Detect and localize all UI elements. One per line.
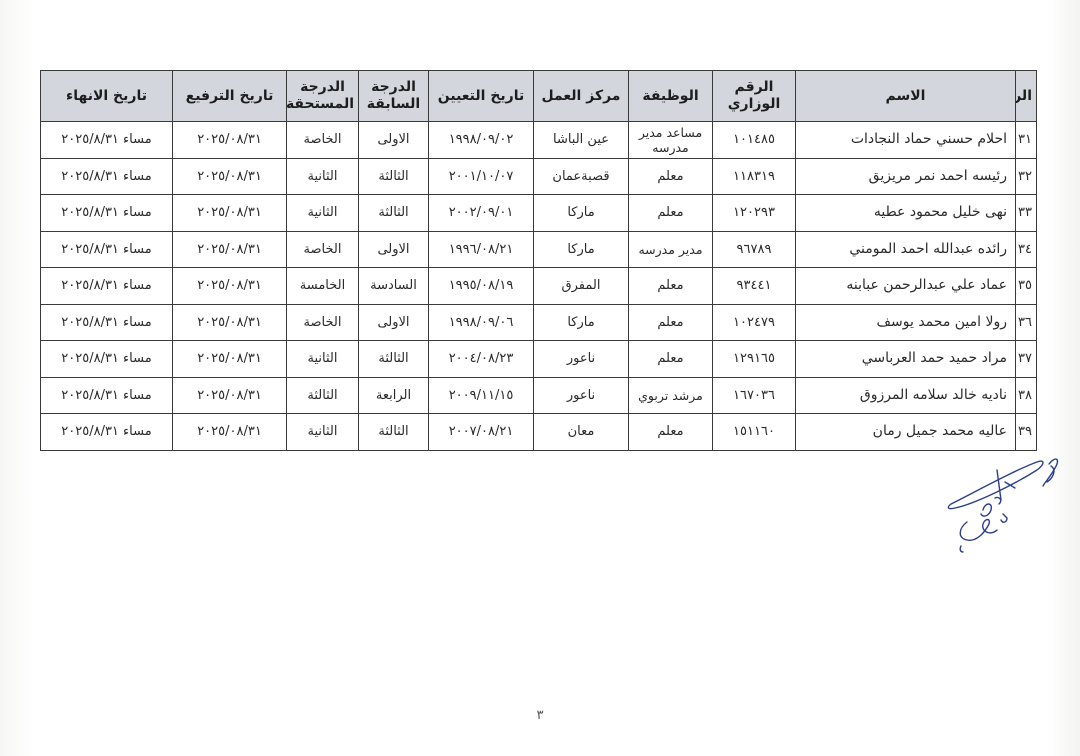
table-row: ٣٩ عاليه محمد جميل رمان ١٥١١٦٠ معلم معان…	[41, 414, 1037, 451]
cell-due-grade: الثالثة	[287, 377, 359, 414]
cell-workplace: ناعور	[534, 377, 629, 414]
header-name: الاسم	[796, 71, 1016, 122]
cell-end-date: مساء ٢٠٢٥/٨/٣١	[41, 304, 173, 341]
cell-due-grade: الخاصة	[287, 122, 359, 159]
cell-due-grade: الخاصة	[287, 304, 359, 341]
cell-workplace: ناعور	[534, 341, 629, 378]
cell-appointment-date: ٢٠٠٤/٠٨/٢٣	[429, 341, 534, 378]
cell-job: معلم	[629, 414, 713, 451]
cell-name: عماد علي عبدالرحمن عبابنه	[796, 268, 1016, 305]
cell-end-date: مساء ٢٠٢٥/٨/٣١	[41, 231, 173, 268]
cell-end-date: مساء ٢٠٢٥/٨/٣١	[41, 341, 173, 378]
table-row: ٣٨ ناديه خالد سلامه المرزوق ١٦٧٠٣٦ مرشد …	[41, 377, 1037, 414]
cell-workplace: ماركا	[534, 231, 629, 268]
cell-workplace: ماركا	[534, 304, 629, 341]
cell-promotion-date: ٢٠٢٥/٠٨/٣١	[173, 158, 287, 195]
cell-name: رئيسه احمد نمر مريزيق	[796, 158, 1016, 195]
header-promotion-date: تاريخ الترفيع	[173, 71, 287, 122]
cell-job: معلم	[629, 268, 713, 305]
cell-due-grade: الثانية	[287, 414, 359, 451]
cell-prev-grade: الثالثة	[359, 341, 429, 378]
cell-seq: ٣٧	[1016, 341, 1037, 378]
cell-job: معلم	[629, 158, 713, 195]
cell-job: مرشد تربوي	[629, 377, 713, 414]
header-end-date: تاريخ الانهاء	[41, 71, 173, 122]
cell-promotion-date: ٢٠٢٥/٠٨/٣١	[173, 341, 287, 378]
cell-ministry-no: ١٢٠٢٩٣	[713, 195, 796, 232]
cell-name: مراد حميد حمد العرباسي	[796, 341, 1016, 378]
cell-due-grade: الثانية	[287, 158, 359, 195]
cell-prev-grade: الاولى	[359, 304, 429, 341]
employee-promotion-table: الرقم الاسم الرقم الوزاري الوظيفة مركز ا…	[40, 70, 1037, 451]
cell-end-date: مساء ٢٠٢٥/٨/٣١	[41, 414, 173, 451]
cell-appointment-date: ٢٠٠٧/٠٨/٢١	[429, 414, 534, 451]
cell-name: ناديه خالد سلامه المرزوق	[796, 377, 1016, 414]
cell-job: معلم	[629, 195, 713, 232]
cell-end-date: مساء ٢٠٢٥/٨/٣١	[41, 122, 173, 159]
cell-due-grade: الخاصة	[287, 231, 359, 268]
cell-name: عاليه محمد جميل رمان	[796, 414, 1016, 451]
cell-seq: ٣٦	[1016, 304, 1037, 341]
header-prev-grade: الدرجة السابقة	[359, 71, 429, 122]
cell-prev-grade: الاولى	[359, 122, 429, 159]
cell-appointment-date: ١٩٩٨/٠٩/٠٢	[429, 122, 534, 159]
table-row: ٣٣ نهى خليل محمود عطيه ١٢٠٢٩٣ معلم ماركا…	[41, 195, 1037, 232]
table-row: ٣٢ رئيسه احمد نمر مريزيق ١١٨٣١٩ معلم قصب…	[41, 158, 1037, 195]
cell-end-date: مساء ٢٠٢٥/٨/٣١	[41, 377, 173, 414]
cell-prev-grade: الثالثة	[359, 195, 429, 232]
cell-appointment-date: ١٩٩٥/٠٨/١٩	[429, 268, 534, 305]
cell-seq: ٣٨	[1016, 377, 1037, 414]
cell-seq: ٣٤	[1016, 231, 1037, 268]
cell-workplace: عين الباشا	[534, 122, 629, 159]
cell-prev-grade: الثالثة	[359, 414, 429, 451]
cell-promotion-date: ٢٠٢٥/٠٨/٣١	[173, 304, 287, 341]
cell-prev-grade: الثالثة	[359, 158, 429, 195]
cell-ministry-no: ١١٨٣١٩	[713, 158, 796, 195]
header-ministry-no: الرقم الوزاري	[713, 71, 796, 122]
cell-job: معلم	[629, 304, 713, 341]
cell-appointment-date: ٢٠٠١/١٠/٠٧	[429, 158, 534, 195]
table-row: ٣٧ مراد حميد حمد العرباسي ١٢٩١٦٥ معلم نا…	[41, 341, 1037, 378]
table-row: ٣١ احلام حسني حماد النجادات ١٠١٤٨٥ مساعد…	[41, 122, 1037, 159]
cell-job: مساعد مدير مدرسه	[629, 122, 713, 159]
document-page: الرقم الاسم الرقم الوزاري الوظيفة مركز ا…	[0, 0, 1080, 756]
cell-promotion-date: ٢٠٢٥/٠٨/٣١	[173, 377, 287, 414]
cell-promotion-date: ٢٠٢٥/٠٨/٣١	[173, 122, 287, 159]
handwritten-signature-icon	[945, 452, 1065, 562]
cell-name: رولا امين محمد يوسف	[796, 304, 1016, 341]
cell-end-date: مساء ٢٠٢٥/٨/٣١	[41, 268, 173, 305]
cell-workplace: ماركا	[534, 195, 629, 232]
table-row: ٣٥ عماد علي عبدالرحمن عبابنه ٩٣٤٤١ معلم …	[41, 268, 1037, 305]
cell-promotion-date: ٢٠٢٥/٠٨/٣١	[173, 414, 287, 451]
header-appointment-date: تاريخ التعيين	[429, 71, 534, 122]
cell-workplace: معان	[534, 414, 629, 451]
cell-appointment-date: ٢٠٠٩/١١/١٥	[429, 377, 534, 414]
cell-name: احلام حسني حماد النجادات	[796, 122, 1016, 159]
cell-due-grade: الخامسة	[287, 268, 359, 305]
cell-job: معلم	[629, 341, 713, 378]
cell-workplace: المفرق	[534, 268, 629, 305]
header-seq: الرقم	[1016, 71, 1037, 122]
cell-ministry-no: ١٦٧٠٣٦	[713, 377, 796, 414]
cell-seq: ٣٩	[1016, 414, 1037, 451]
cell-ministry-no: ١٥١١٦٠	[713, 414, 796, 451]
cell-seq: ٣١	[1016, 122, 1037, 159]
cell-ministry-no: ٩٦٧٨٩	[713, 231, 796, 268]
cell-name: نهى خليل محمود عطيه	[796, 195, 1016, 232]
cell-ministry-no: ١٠١٤٨٥	[713, 122, 796, 159]
cell-workplace: قصبةعمان	[534, 158, 629, 195]
cell-seq: ٣٢	[1016, 158, 1037, 195]
cell-job: مدير مدرسه	[629, 231, 713, 268]
cell-end-date: مساء ٢٠٢٥/٨/٣١	[41, 195, 173, 232]
table-header-row: الرقم الاسم الرقم الوزاري الوظيفة مركز ا…	[41, 71, 1037, 122]
cell-promotion-date: ٢٠٢٥/٠٨/٣١	[173, 231, 287, 268]
cell-appointment-date: ٢٠٠٢/٠٩/٠١	[429, 195, 534, 232]
page-number: ٣	[534, 708, 546, 723]
cell-end-date: مساء ٢٠٢٥/٨/٣١	[41, 158, 173, 195]
cell-due-grade: الثانية	[287, 195, 359, 232]
header-due-grade: الدرجة المستحقة	[287, 71, 359, 122]
header-job: الوظيفة	[629, 71, 713, 122]
cell-promotion-date: ٢٠٢٥/٠٨/٣١	[173, 268, 287, 305]
cell-appointment-date: ١٩٩٨/٠٩/٠٦	[429, 304, 534, 341]
cell-promotion-date: ٢٠٢٥/٠٨/٣١	[173, 195, 287, 232]
cell-prev-grade: السادسة	[359, 268, 429, 305]
cell-prev-grade: الرابعة	[359, 377, 429, 414]
table-row: ٣٦ رولا امين محمد يوسف ١٠٢٤٧٩ معلم ماركا…	[41, 304, 1037, 341]
cell-ministry-no: ٩٣٤٤١	[713, 268, 796, 305]
cell-seq: ٣٣	[1016, 195, 1037, 232]
header-workplace: مركز العمل	[534, 71, 629, 122]
cell-appointment-date: ١٩٩٦/٠٨/٢١	[429, 231, 534, 268]
cell-prev-grade: الاولى	[359, 231, 429, 268]
cell-ministry-no: ١٢٩١٦٥	[713, 341, 796, 378]
cell-name: رائده عبدالله احمد المومني	[796, 231, 1016, 268]
cell-due-grade: الثانية	[287, 341, 359, 378]
table-row: ٣٤ رائده عبدالله احمد المومني ٩٦٧٨٩ مدير…	[41, 231, 1037, 268]
cell-seq: ٣٥	[1016, 268, 1037, 305]
cell-ministry-no: ١٠٢٤٧٩	[713, 304, 796, 341]
